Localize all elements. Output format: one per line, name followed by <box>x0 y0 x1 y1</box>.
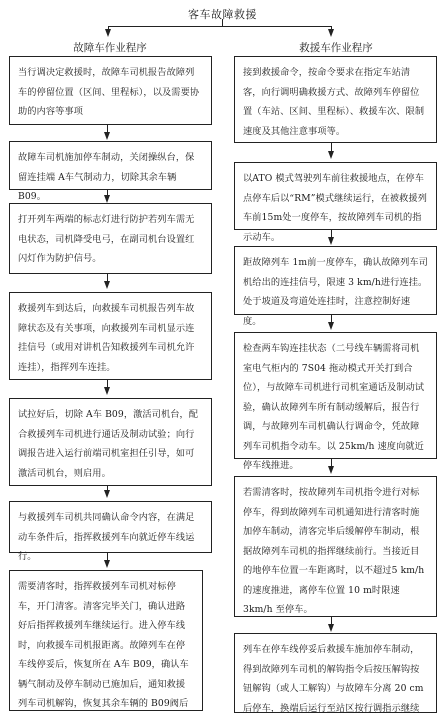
right-step-5: 若需清客时，按故障列车司机指令进行对标停车，得到故障列车司机通知进行清客时施加停… <box>234 476 437 617</box>
arrow-down-icon <box>328 237 334 245</box>
arrow-down-icon <box>104 281 110 289</box>
right-column-heading: 救援车作业程序 <box>234 40 438 55</box>
arrow-down-icon <box>104 132 110 140</box>
left-column-heading: 故障车作业程序 <box>8 40 212 55</box>
arrow-down-icon <box>104 387 110 395</box>
arrow-down-icon <box>104 490 110 498</box>
connector-line <box>222 19 223 26</box>
left-step-3: 打开列车两端的标志灯进行防护若列车需无电状态，司机降受电弓，在副司机台设置红闪灯… <box>9 203 212 274</box>
arrow-down-icon <box>328 466 334 474</box>
arrow-down-icon <box>328 29 334 37</box>
left-step-7: 需要清客时，指挥救援列车司机对标停车，开门清客。清客完毕关门，确认进路好后指挥救… <box>9 570 203 711</box>
left-step-6: 与救援列车司机共同确认命令内容，在满足动车条件后，指挥救援列车向就近停车线运行。 <box>9 501 212 553</box>
arrow-down-icon <box>328 624 334 632</box>
right-step-1: 接到救援命令，按命令要求在指定车站清客，向行调明确救援方式、故障列车停留位置（车… <box>234 56 437 143</box>
right-step-4: 检查两车钩连挂状态（二号线车辆需将司机室电气柜内的 7S04 拖动模式开关打到合… <box>234 332 437 459</box>
right-step-6: 列车在停车线停妥后救援车施加停车制动，得到故障列车司机的解钩指令后按压解钩按钮解… <box>234 633 437 713</box>
arrow-down-icon <box>328 322 334 330</box>
arrow-down-icon <box>105 29 111 37</box>
left-step-5: 试拉好后，切除 A车 B09，激活司机台，配合救援列车司机进行通话及制动试验；向… <box>9 398 212 486</box>
left-step-4: 救援列车到达后，向救援车司机报告列车故障状态及有关事项，向救援列车司机显示连挂信… <box>9 292 212 380</box>
arrow-down-icon <box>104 195 110 203</box>
left-step-1: 当行调决定救援时，故障车司机报告故障列车的停留位置（区间、里程标），以及需要协助… <box>9 56 212 125</box>
connector-line <box>108 26 332 27</box>
arrow-down-icon <box>104 560 110 568</box>
right-step-3: 距故障列车 1m前一度停车，确认故障列车司机给出的连挂信号，限速 3 km/h进… <box>234 246 437 315</box>
right-step-2: 以ATO 模式驾驶列车前往救援地点，在停车点停车后以“RM”模式继续运行，在被救… <box>234 162 437 230</box>
left-step-2: 故障车司机施加停车制动，关闭操纵台，保留连挂端 A车气制动力，切除其余车辆 B0… <box>9 141 212 190</box>
arrow-down-icon <box>328 151 334 159</box>
